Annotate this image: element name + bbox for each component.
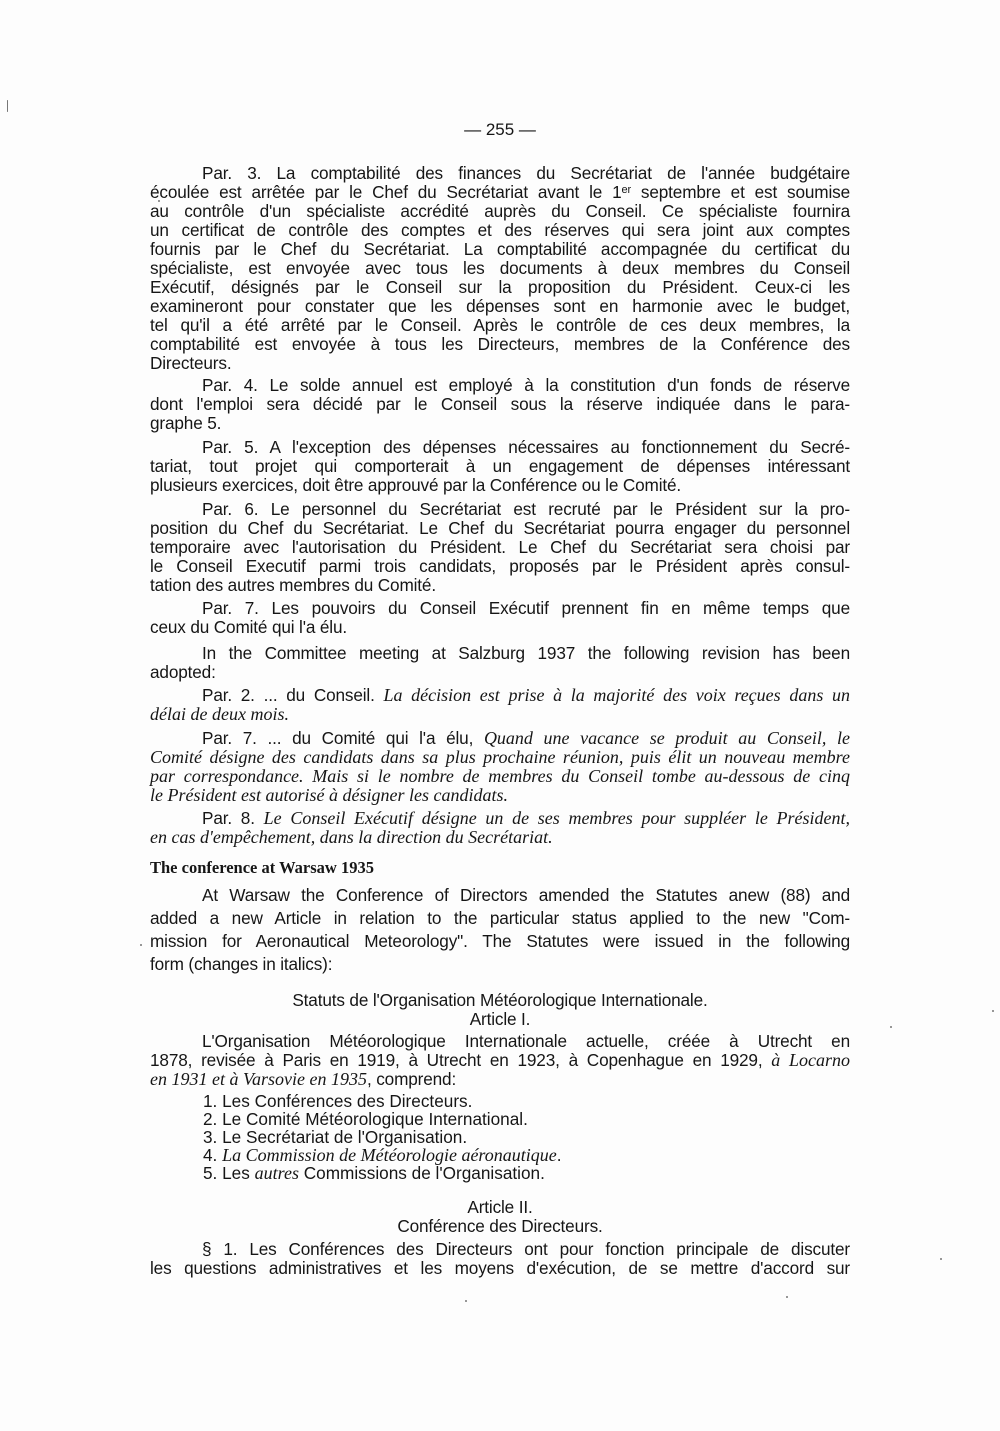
text-line: position du Chef du Secrétariat. Le Chef… [150,518,850,538]
scan-artifact [890,1026,892,1028]
superscript: er [622,184,631,196]
text-line: plusieurs exercices, doit être approuvé … [150,475,850,495]
text-line: écoulée est arrêtée par le Chef du Secré… [150,182,850,202]
scan-artifact [465,1300,467,1302]
text-line: fournis par le Chef du Secrétariat. La c… [150,239,850,259]
italic-text: à Locarno [771,1050,850,1070]
text-line: les questions administratives et les moy… [150,1258,850,1278]
list-number: 2. [203,1109,217,1129]
text-line: Par. 6. Le personnel du Secrétariat est … [150,499,850,519]
list-item: 4. La Commission de Météorologie aéronau… [203,1145,562,1165]
text-line: par correspondance. Mais si le nombre de… [150,766,850,786]
text-line: 1878, revisée à Paris en 1919, à Utrecht… [150,1050,850,1070]
text-line: tation des autres membres du Comité. [150,575,850,595]
text-line: Par. 7. ... du Comité qui l'a élu, Quand… [150,728,850,748]
text-line: § 1. Les Conférences des Directeurs ont … [150,1239,850,1259]
text-line: en 1931 et à Varsovie en 1935, comprend: [150,1069,850,1089]
text-line: le Conseil Executif parmi trois candidat… [150,556,850,576]
list-item: 3. Le Secrétariat de l'Organisation. [203,1127,467,1147]
list-number: 4. [203,1145,217,1165]
article-subheading: Conférence des Directeurs. [150,1216,850,1236]
text-line: mission for Aeronautical Meteorology". T… [150,931,850,951]
text-line: au contrôle d'un spécialiste accrédité a… [150,201,850,221]
text-line: added a new Article in relation to the p… [150,908,850,928]
text-line: tariat, tout projet qui comporterait à u… [150,456,850,476]
text-line: form (changes in italics): [150,954,850,974]
paragraph-label: Par. 2. ... du Conseil. [202,685,384,705]
article-heading: Article II. [150,1197,850,1217]
italic-text: La Commission de Météorologie aéronautiq… [222,1145,557,1165]
list-text: Le Secrétariat de l'Organisation. [222,1127,467,1147]
scan-artifact [992,1010,994,1012]
text-line: Directeurs. [150,353,850,373]
text-line: Exécutif, désignés par le Conseil sur la… [150,277,850,297]
text-line: Par. 2. ... du Conseil. La décision est … [150,685,850,705]
text-line: temporaire avec l'autorisation du Présid… [150,537,850,557]
text-line: adopted: [150,662,850,682]
scan-artifact [140,944,142,946]
italic-text: La décision est prise à la majorité des … [384,685,850,705]
text-segment: 1878, revisée à Paris en 1919, à Utrecht… [150,1050,771,1070]
text-line: Comité désigne des candidats dans sa plu… [150,747,850,767]
text-line: L'Organisation Météorologique Internatio… [150,1031,850,1051]
scan-artifact [158,200,160,202]
italic-text: en cas d'empêchement, dans la direction … [150,827,553,847]
list-item: 5. Les autres Commissions de l'Organisat… [203,1163,545,1183]
paragraph-label: Par. 7. ... du Comité qui l'a élu, [202,728,484,748]
list-text: Le Comité Météorologique International. [222,1109,528,1129]
text-line: Par. 4. Le solde annuel est employé à la… [150,375,850,395]
paragraph-label: Par. 8. [202,808,264,828]
list-item: 1. Les Conférences des Directeurs. [203,1091,472,1111]
italic-text: Comité désigne des candidats dans sa plu… [150,747,850,767]
text-line: tel qu'il a été arrêté par le Conseil. A… [150,315,850,335]
article-heading: Article I. [150,1009,850,1029]
list-number: 3. [203,1127,217,1147]
text-line: spécialiste, est envoyée avec tous les d… [150,258,850,278]
text-line: In the Committee meeting at Salzburg 193… [150,643,850,663]
italic-text: Quand une vacance se produit au Conseil,… [484,728,850,748]
text-line: graphe 5. [150,413,850,433]
text-line: Par. 3. La comptabilité des finances du … [150,163,850,183]
list-text: Les [222,1163,255,1183]
list-number: 5. [203,1163,217,1183]
text-line: ceux du Comité qui l'a élu. [150,617,850,637]
scanned-page: — 255 — Par. 3. La comptabilité des fina… [0,0,1000,1431]
text-line: le Président est autorisé à désigner les… [150,785,850,805]
italic-text: par correspondance. Mais si le nombre de… [150,766,850,786]
text-line: Par. 8. Le Conseil Exécutif désigne un d… [150,808,850,828]
italic-text: le Président est autorisé à désigner les… [150,785,508,805]
scan-artifact [940,1258,942,1260]
list-text: . [557,1145,562,1165]
italic-text: délai de deux mois. [150,704,289,724]
section-heading: The conference at Warsaw 1935 [150,858,374,878]
text-line: comptabilité est envoyée à tous les Dire… [150,334,850,354]
text-line: examineront pour constater que les dépen… [150,296,850,316]
italic-text: en 1931 et à Varsovie en 1935 [150,1069,367,1089]
text-line: en cas d'empêchement, dans la direction … [150,827,850,847]
text-line: délai de deux mois. [150,704,850,724]
text-segment: écoulée est arrêtée par le Chef du Secré… [150,182,622,202]
text-line: un certificat de contrôle des comptes et… [150,220,850,240]
scan-artifact [786,1296,788,1298]
list-text: Les Conférences des Directeurs. [222,1091,472,1111]
statuts-title: Statuts de l'Organisation Météorologique… [150,990,850,1010]
text-segment: septembre et est soumise [631,182,850,202]
text-line: Par. 7. Les pouvoirs du Conseil Exécutif… [150,598,850,618]
list-number: 1. [203,1091,217,1111]
list-item: 2. Le Comité Météorologique Internationa… [203,1109,528,1129]
italic-text: Le Conseil Exécutif désigne un de ses me… [264,808,850,828]
text-line: At Warsaw the Conference of Directors am… [150,885,850,905]
italic-text: autres [255,1163,299,1183]
list-text: Commissions de l'Organisation. [299,1163,545,1183]
page-number: — 255 — [0,120,1000,140]
scan-artifact [7,100,8,112]
text-segment: , comprend: [367,1069,456,1089]
text-line: Par. 5. A l'exception des dépenses néces… [150,437,850,457]
text-line: dont l'emploi sera décidé par le Conseil… [150,394,850,414]
